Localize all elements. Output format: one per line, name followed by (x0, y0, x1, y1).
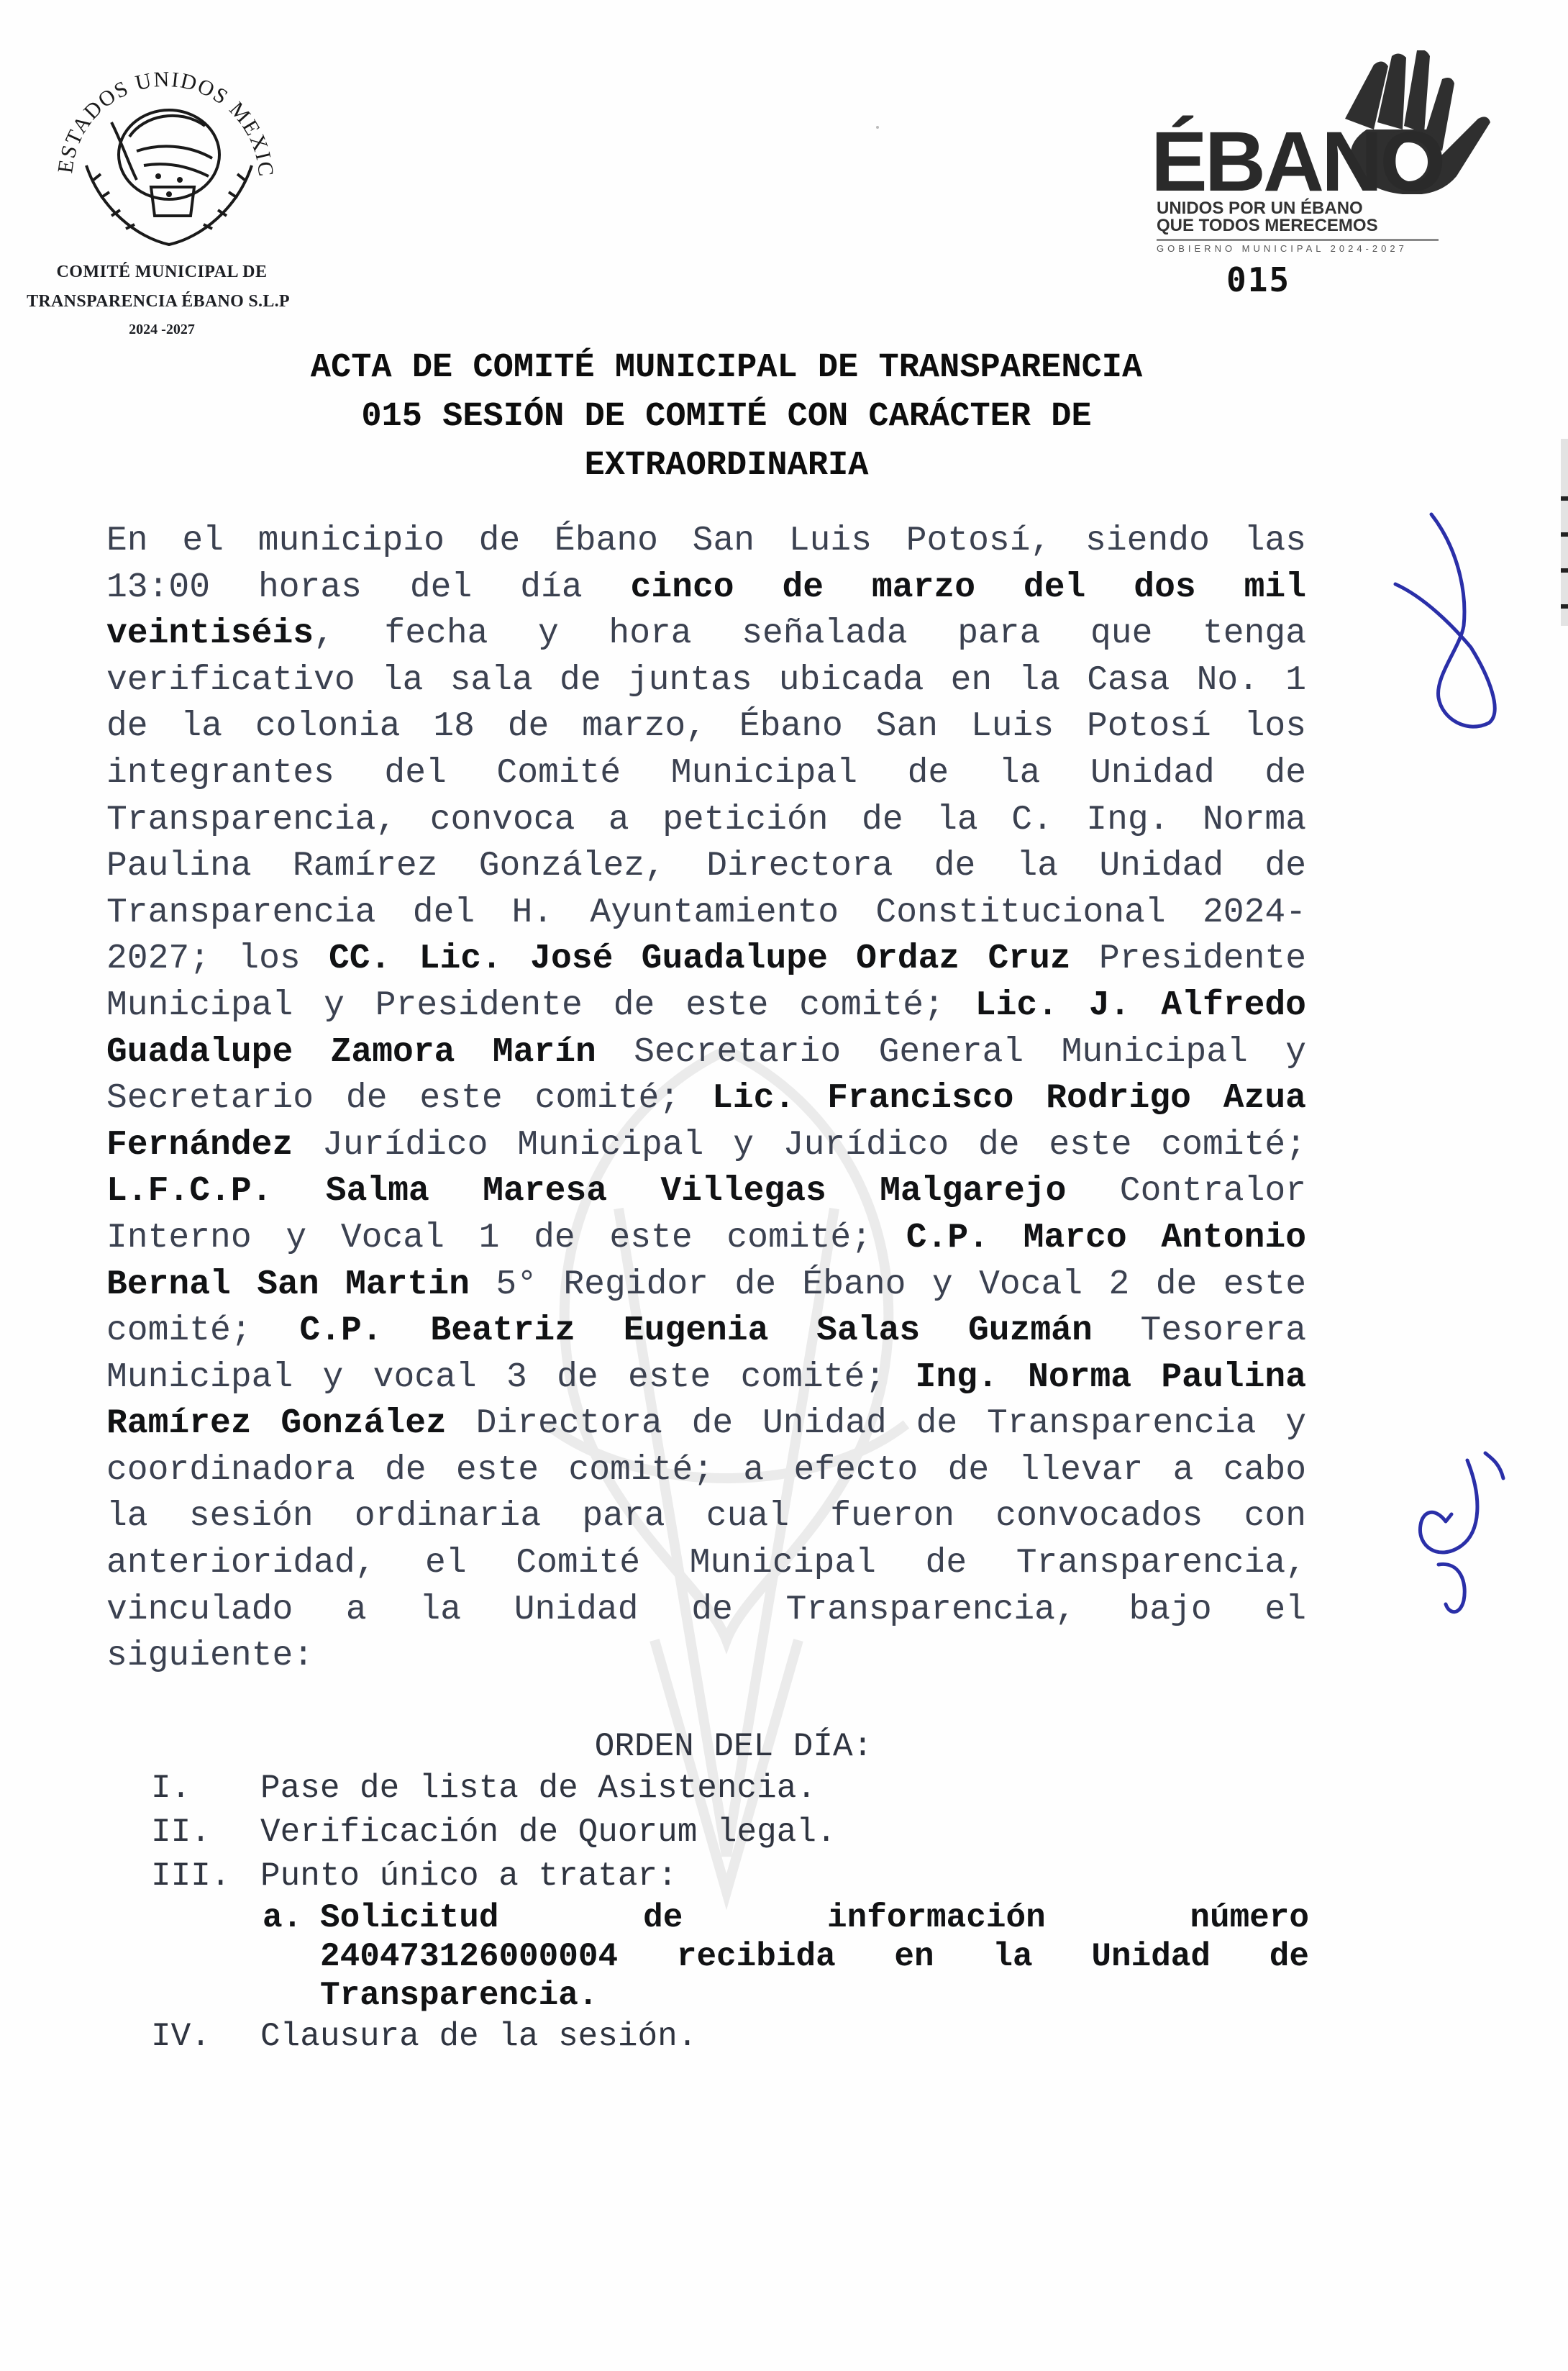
bold-text: cinco de marzo del dos mil (631, 568, 1306, 607)
agenda-item: IV. Clausura de la sesión. (151, 2015, 1309, 2059)
bold-text: CC. Lic. José Guadalupe Ordaz Cruz (329, 939, 1071, 978)
body-line: En el municipio de Ébano San Luis Potosí… (106, 518, 1306, 565)
document-number: 015 (1226, 260, 1290, 299)
agenda-item: II. Verificación de Quorum legal. (151, 1811, 1309, 1855)
title-line3: EXTRAORDINARIA (108, 442, 1345, 491)
bold-text: Ramírez González (106, 1404, 447, 1443)
body-line: integrantes del Comité Municipal de la U… (106, 750, 1306, 797)
body-line: veintiséis, fecha y hora señalada para q… (106, 611, 1306, 657)
body-text-segment: de la colonia 18 de marzo, Ébano San Lui… (106, 707, 1306, 746)
agenda-heading: ORDEN DEL DÍA: (0, 1725, 1467, 1768)
body-line: Municipal y Presidente de este comité; L… (106, 983, 1306, 1029)
ebano-logo: ÉBANO UNIDOS POR UN ÉBANO QUE TODOS MERE… (1151, 50, 1489, 237)
body-line: Bernal San Martin 5° Regidor de Ébano y … (106, 1262, 1306, 1309)
body-text-segment: Jurídico Municipal y Jurídico de este co… (293, 1126, 1306, 1165)
sub-item-line: Solicitud de información número (320, 1898, 1309, 1937)
body-line: comité; C.P. Beatriz Eugenia Salas Guzmá… (106, 1308, 1306, 1355)
sub-item-text: Solicitud de información número 24047312… (320, 1898, 1309, 2015)
logo-wordmark: ÉBANO (1151, 122, 1443, 201)
agenda-item-label: Punto único a tratar: (260, 1855, 678, 1898)
agenda-item-number: III. (151, 1855, 259, 1898)
bold-text: Ing. Norma Paulina (916, 1358, 1307, 1397)
scan-edge-mark (1561, 604, 1568, 609)
body-text-segment: la sesión ordinaria para cual fueron con… (106, 1497, 1306, 1536)
bold-text: Guadalupe Zamora Marín (106, 1033, 596, 1072)
signature-initial-2-icon (1410, 1446, 1518, 1626)
document-page: ESTADOS UNIDOS MEXICANOS COMITÉ MUNICIPA… (0, 0, 1568, 2371)
body-line: Fernández Jurídico Municipal y Jurídico … (106, 1122, 1306, 1169)
body-text-segment: Transparencia, convoca a petición de la … (106, 801, 1306, 839)
sub-item-letter: a. (263, 1898, 302, 1937)
sub-item-line: Transparencia. (320, 1976, 1309, 2015)
bold-text: L.F.C.P. Salma Maresa Villegas Malgarejo (106, 1172, 1066, 1211)
agenda-item: III. Punto único a tratar: (151, 1855, 1309, 1898)
body-text-segment: comité; (106, 1311, 299, 1350)
body-line: 2027; los CC. Lic. José Guadalupe Ordaz … (106, 936, 1306, 983)
body-text-segment: 2027; los (106, 939, 329, 978)
bold-text: veintiséis (106, 614, 314, 653)
sub-item-line: 240473126000004 recibida en la Unidad de (320, 1937, 1309, 1976)
logo-government-label: GOBIERNO MUNICIPAL 2024-2027 (1157, 243, 1408, 254)
body-line: Guadalupe Zamora Marín Secretario Genera… (106, 1029, 1306, 1076)
bold-text: C.P. Marco Antonio (906, 1219, 1306, 1257)
logo-tagline-line1: UNIDOS POR UN ÉBANO (1157, 200, 1378, 217)
body-text-segment: Tesorera (1093, 1311, 1306, 1350)
body-text-segment: Secretario General Municipal y (596, 1033, 1306, 1072)
agenda-item-number: II. (151, 1811, 259, 1855)
scan-edge-mark (1561, 532, 1568, 537)
body-text-segment: anterioridad, el Comité Municipal de Tra… (106, 1544, 1306, 1583)
body-line: la sesión ordinaria para cual fueron con… (106, 1493, 1306, 1540)
scan-edge-mark (1561, 496, 1568, 501)
body-text-segment: Interno y Vocal 1 de este comité; (106, 1219, 906, 1257)
document-title: ACTA DE COMITÉ MUNICIPAL DE TRANSPARENCI… (108, 344, 1345, 491)
body-text-segment: Contralor (1066, 1172, 1306, 1211)
bold-text: C.P. Beatriz Eugenia Salas Guzmán (299, 1311, 1092, 1350)
agenda-sub-item: a. Solicitud de información número 24047… (263, 1898, 1309, 2015)
agenda-item-number: IV. (151, 2015, 259, 2059)
body-text-segment: Paulina Ramírez González, Directora de l… (106, 847, 1306, 886)
body-line: siguiente: (106, 1633, 1306, 1680)
agenda-item: I. Pase de lista de Asistencia. (151, 1767, 1309, 1811)
body-text-segment: 13:00 horas del día (106, 568, 631, 607)
body-text-segment: verificativo la sala de juntas ubicada e… (106, 661, 1306, 700)
body-line: Transparencia, convoca a petición de la … (106, 797, 1306, 844)
seal-caption-line2: TRANSPARENCIA ÉBANO S.L.P (0, 286, 316, 317)
body-line: vinculado a la Unidad de Transparencia, … (106, 1587, 1306, 1634)
body-text-segment: vinculado a la Unidad de Transparencia, … (106, 1590, 1306, 1629)
agenda-item-label: Clausura de la sesión. (260, 2015, 697, 2059)
body-text-segment: Directora de Unidad de Transparencia y (447, 1404, 1306, 1443)
body-line: Paulina Ramírez González, Directora de l… (106, 843, 1306, 890)
agenda-item-label: Pase de lista de Asistencia. (260, 1767, 816, 1811)
body-text-segment: coordinadora de este comité; a efecto de… (106, 1451, 1306, 1490)
body-line: Ramírez González Directora de Unidad de … (106, 1401, 1306, 1447)
body-line: anterioridad, el Comité Municipal de Tra… (106, 1540, 1306, 1587)
scan-edge-mark (1561, 568, 1568, 573)
body-text-segment: En el municipio de Ébano San Luis Potosí… (106, 522, 1306, 560)
body-text-segment: integrantes del Comité Municipal de la U… (106, 754, 1306, 793)
bold-text: Lic. Francisco Rodrigo Azua (712, 1079, 1306, 1118)
seal-caption: COMITÉ MUNICIPAL DE TRANSPARENCIA ÉBANO … (0, 258, 316, 342)
body-text-segment: 5° Regidor de Ébano y Vocal 2 de este (470, 1265, 1306, 1304)
signature-initial-1-icon (1367, 504, 1510, 741)
bold-text: Bernal San Martin (106, 1265, 470, 1304)
body-line: Transparencia del H. Ayuntamiento Consti… (106, 890, 1306, 937)
bold-text: Fernández (106, 1126, 293, 1165)
logo-tagline-line2: QUE TODOS MERECEMOS (1157, 217, 1378, 235)
body-text-segment: , fecha y hora señalada para que tenga (314, 614, 1306, 653)
logo-tagline: UNIDOS POR UN ÉBANO QUE TODOS MERECEMOS (1157, 200, 1378, 235)
agenda-item-label: Verificación de Quorum legal. (260, 1811, 837, 1855)
body-line: Secretario de este comité; Lic. Francisc… (106, 1075, 1306, 1122)
body-line: verificativo la sala de juntas ubicada e… (106, 657, 1306, 704)
body-line: L.F.C.P. Salma Maresa Villegas Malgarejo… (106, 1168, 1306, 1215)
body-text-segment: Transparencia del H. Ayuntamiento Consti… (106, 893, 1306, 932)
body-text-segment: Municipal y vocal 3 de este comité; (106, 1358, 916, 1397)
seal-caption-line1: COMITÉ MUNICIPAL DE (0, 258, 316, 286)
body-line: 13:00 horas del día cinco de marzo del d… (106, 565, 1306, 611)
body-text-segment: Secretario de este comité; (106, 1079, 712, 1118)
scan-speck (876, 126, 879, 129)
agenda-list: I. Pase de lista de Asistencia. II. Veri… (151, 1767, 1309, 2059)
title-line2: 015 SESIÓN DE COMITÉ CON CARÁCTER DE (108, 393, 1345, 442)
svg-text:ESTADOS UNIDOS MEXICANOS: ESTADOS UNIDOS MEXICANOS (43, 36, 278, 178)
title-line1: ACTA DE COMITÉ MUNICIPAL DE TRANSPARENCI… (108, 344, 1345, 393)
body-line: coordinadora de este comité; a efecto de… (106, 1447, 1306, 1494)
bold-text: Lic. J. Alfredo (975, 986, 1306, 1025)
body-text-segment: siguiente: (106, 1637, 314, 1675)
body-line: Interno y Vocal 1 de este comité; C.P. M… (106, 1215, 1306, 1262)
body-text-segment: Presidente (1071, 939, 1306, 978)
body-line: de la colonia 18 de marzo, Ébano San Lui… (106, 704, 1306, 750)
seal-caption-years: 2024 -2027 (0, 317, 316, 342)
body-text-segment: Municipal y Presidente de este comité; (106, 986, 975, 1025)
agenda-item-number: I. (151, 1767, 259, 1811)
logo-divider (1157, 239, 1439, 241)
body-paragraph: En el municipio de Ébano San Luis Potosí… (106, 518, 1306, 1680)
mexican-coat-of-arms-icon: ESTADOS UNIDOS MEXICANOS (43, 36, 281, 259)
body-line: Municipal y vocal 3 de este comité; Ing.… (106, 1355, 1306, 1401)
